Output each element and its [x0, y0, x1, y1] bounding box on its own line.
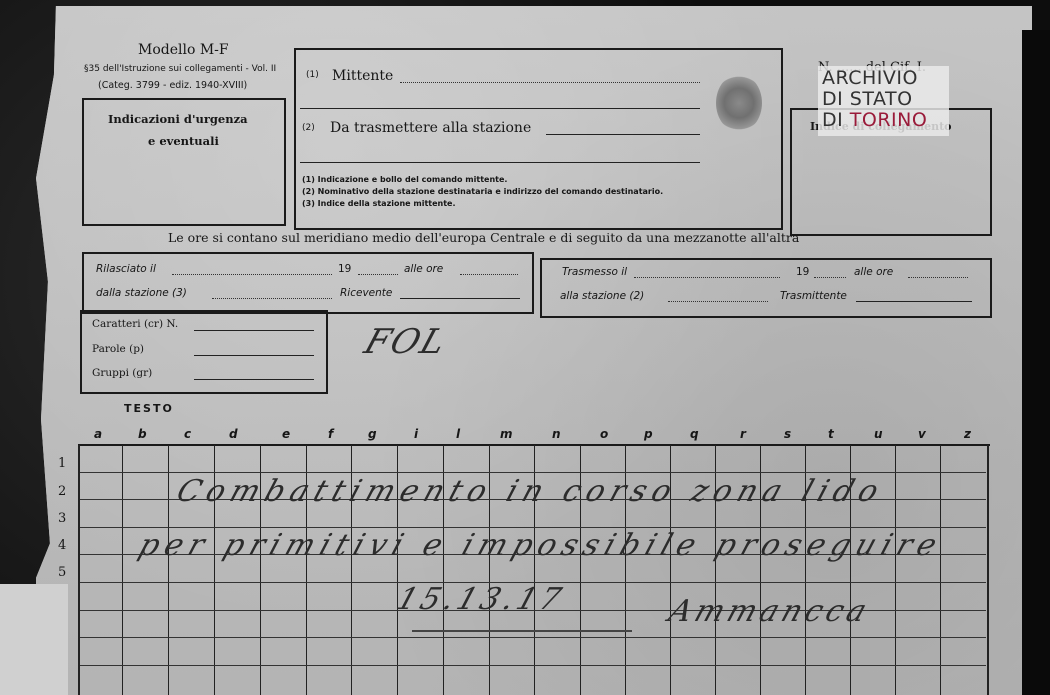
- destination-label: Da trasmettere alla stazione: [330, 120, 531, 136]
- grid-line: [78, 445, 80, 695]
- transmit-time-label: alle ore: [854, 266, 893, 278]
- ricevente-field[interactable]: [400, 298, 520, 299]
- footnote-2: (2) Nominativo della stazione destinatar…: [302, 186, 663, 198]
- destination-field[interactable]: [546, 134, 700, 135]
- mittente-field-line2[interactable]: [300, 108, 700, 109]
- handwritten-code: FOL: [360, 322, 453, 362]
- trasmesso-label: Trasmesso il: [562, 266, 627, 278]
- urgency-label-line1: Indicazioni d'urgenza: [108, 112, 248, 126]
- caratteri-field[interactable]: [194, 330, 314, 331]
- alla-stazione-field[interactable]: [668, 301, 768, 302]
- message-line-2: per primitivi e impossibile proseguire: [134, 528, 947, 563]
- dalla-stazione-field[interactable]: [212, 298, 332, 299]
- message-signature: Ammancca: [664, 594, 875, 629]
- row-number: 5: [58, 565, 66, 580]
- gruppi-label: Gruppi (gr): [92, 367, 152, 379]
- column-letter: l: [456, 427, 460, 441]
- footnote-1: (1) Indicazione e bollo del comando mitt…: [302, 174, 663, 186]
- grid-line: [122, 445, 123, 695]
- parole-label: Parole (p): [92, 343, 144, 355]
- grid-line: [80, 637, 986, 638]
- column-letter: m: [500, 427, 513, 441]
- footnotes: (1) Indicazione e bollo del comando mitt…: [302, 174, 663, 210]
- dark-right-edge: [1022, 30, 1050, 695]
- trasmittente-field[interactable]: [856, 301, 972, 302]
- transmit-time-field[interactable]: [908, 277, 968, 278]
- note-ref-2: (2): [302, 123, 315, 133]
- note-ref-1: (1): [306, 70, 319, 80]
- release-year-label: 19: [338, 263, 351, 275]
- footnote-3: (3) Indice della stazione mittente.: [302, 198, 663, 210]
- row-number: 4: [58, 538, 66, 553]
- dalla-stazione-label: dalla stazione (3): [96, 287, 187, 299]
- release-year-field[interactable]: [358, 274, 398, 275]
- transmit-year-field[interactable]: [814, 277, 846, 278]
- column-letter: s: [784, 427, 791, 441]
- message-time: 15.13.17: [392, 582, 569, 617]
- time-underline: [412, 630, 632, 632]
- column-letter: d: [229, 427, 238, 441]
- transmit-year-label: 19: [796, 266, 809, 278]
- column-letter: n: [552, 427, 561, 441]
- gruppi-field[interactable]: [194, 379, 314, 380]
- grid-line: [895, 445, 896, 695]
- alla-stazione-label: alla stazione (2): [560, 290, 644, 302]
- column-letter: b: [138, 427, 147, 441]
- column-letter: u: [874, 427, 883, 441]
- parole-field[interactable]: [194, 355, 314, 356]
- urgency-label-line2: e eventuali: [148, 134, 219, 148]
- ricevente-label: Ricevente: [340, 287, 392, 299]
- trasmesso-date-field[interactable]: [634, 277, 780, 278]
- row-number: 3: [58, 511, 66, 526]
- watermark-torino: TORINO: [850, 109, 928, 131]
- caratteri-label: Caratteri (cr) N.: [92, 318, 178, 330]
- column-letter: i: [414, 427, 418, 441]
- rilasciato-date-field[interactable]: [172, 274, 332, 275]
- column-letter: o: [600, 427, 608, 441]
- column-letter: g: [368, 427, 377, 441]
- column-letter: f: [328, 427, 333, 441]
- column-letter: z: [964, 427, 971, 441]
- column-letter: q: [690, 427, 699, 441]
- watermark-prefix: DI: [822, 109, 850, 131]
- rilasciato-label: Rilasciato il: [96, 263, 156, 275]
- grid-line: [80, 472, 986, 473]
- official-stamp-seal: [716, 74, 762, 132]
- column-letter: t: [828, 427, 834, 441]
- destination-field-line2[interactable]: [300, 162, 700, 163]
- column-letter: r: [740, 427, 746, 441]
- testo-label: TESTO: [124, 402, 174, 415]
- grid-line: [80, 665, 986, 666]
- release-time-label: alle ore: [404, 263, 443, 275]
- mittente-field[interactable]: [400, 82, 700, 83]
- column-letter: p: [644, 427, 653, 441]
- archive-watermark: ARCHIVIO DI STATO DI TORINO: [818, 66, 949, 136]
- model-title: Modello M-F: [138, 42, 229, 58]
- reference-text: §35 dell'Istruzione sui collegamenti - V…: [84, 64, 276, 74]
- release-box: [82, 252, 534, 314]
- watermark-line2: DI STATO: [822, 89, 945, 110]
- time-note: Le ore si contano sul meridiano medio de…: [168, 230, 799, 245]
- column-letter: e: [282, 427, 290, 441]
- grid-line: [940, 445, 941, 695]
- row-number: 2: [58, 484, 66, 499]
- mittente-label: Mittente: [332, 68, 393, 84]
- torn-paper-strip: [0, 584, 68, 695]
- category-text: (Categ. 3799 - ediz. 1940-XVIII): [98, 80, 247, 91]
- column-letter: a: [94, 427, 102, 441]
- grid-line: [168, 445, 169, 695]
- column-letter: v: [918, 427, 926, 441]
- message-line-1: Combattimento in corso zona lido: [172, 474, 889, 509]
- row-number: 1: [58, 456, 66, 471]
- watermark-line3: DI TORINO: [822, 110, 945, 131]
- grid-line: [987, 445, 989, 695]
- trasmittente-label: Trasmittente: [780, 290, 847, 302]
- watermark-line1: ARCHIVIO: [822, 68, 945, 89]
- column-letter: c: [184, 427, 191, 441]
- release-time-field[interactable]: [460, 274, 518, 275]
